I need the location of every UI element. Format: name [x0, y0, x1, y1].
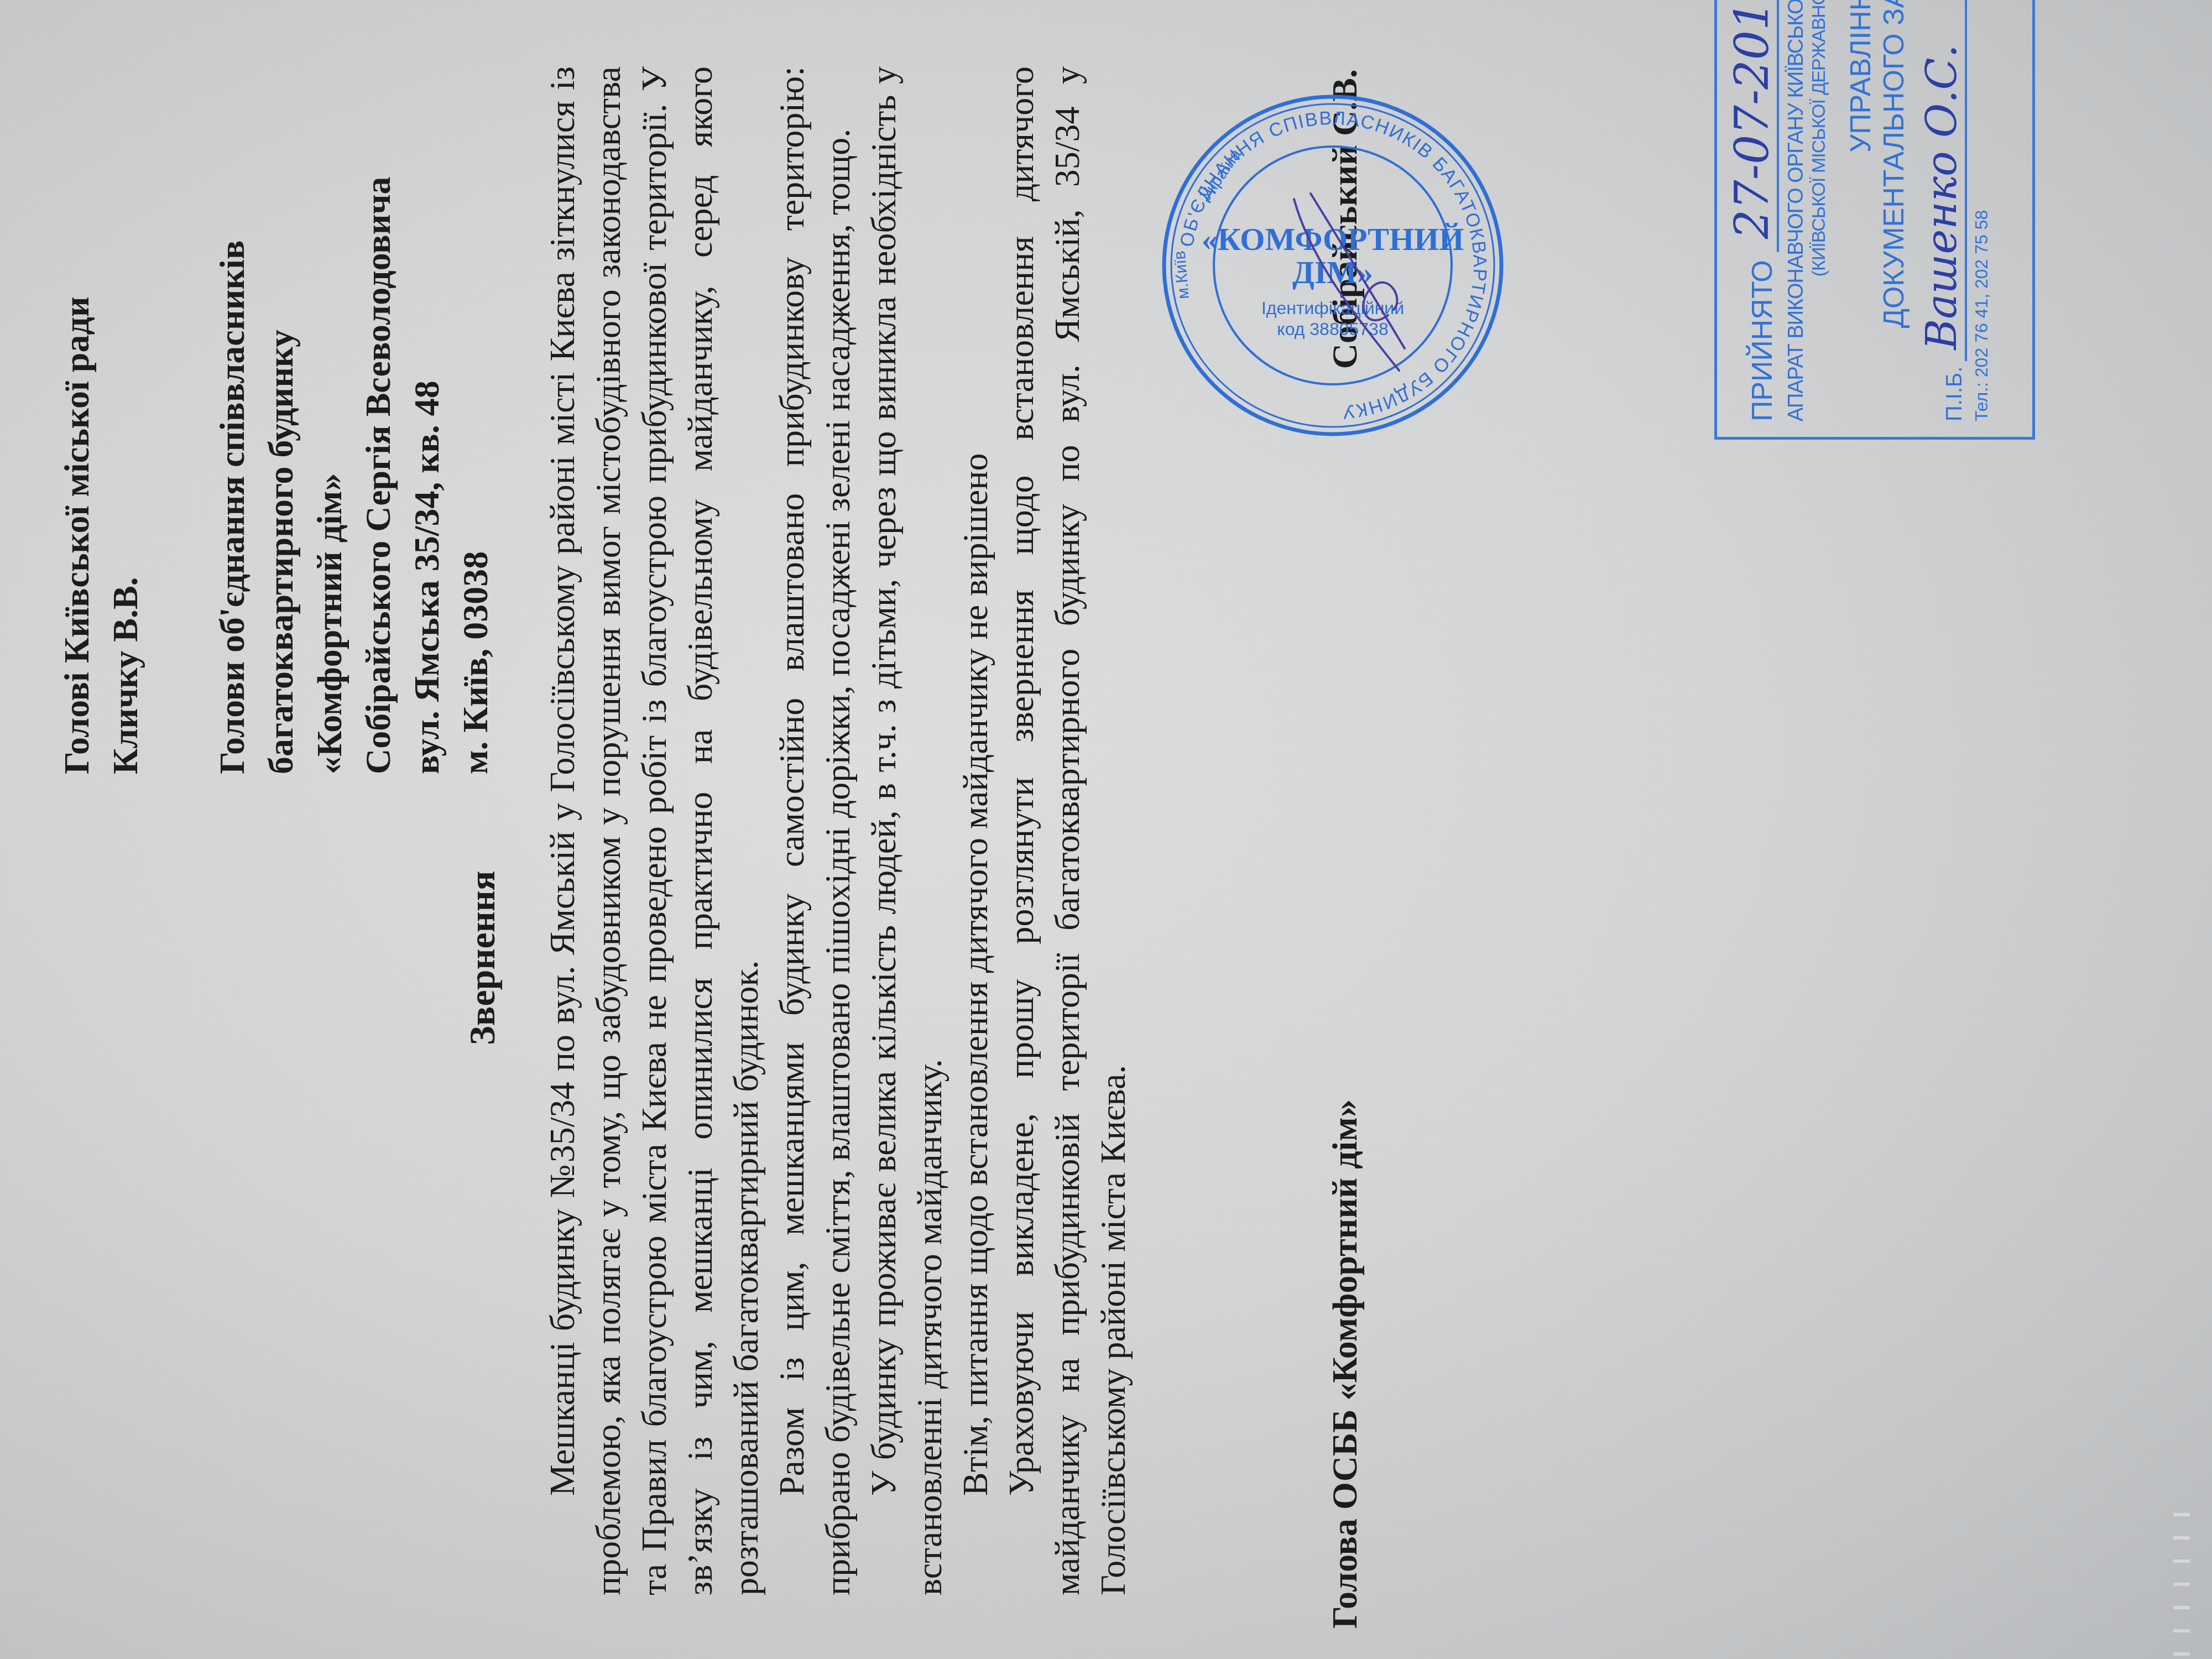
seal-city: м.Київ — [1170, 250, 1192, 300]
handwritten-signature — [1288, 182, 1421, 382]
recipient-name: Кличку В.В. — [101, 28, 150, 774]
paragraph: У будинку проживає велика кількість люде… — [860, 66, 952, 1595]
paragraph: Мешканці будинку №35/34 по вул. Ямській … — [539, 66, 769, 1595]
addressee-block: Голові Київської міської ради Кличку В.В… — [53, 28, 500, 774]
sender-line-2: багатоквартирного будинку — [257, 28, 305, 774]
stamp-org-line-1: АПАРАТ ВИКОНАВЧОГО ОРГАНУ КИЇВСЬКОЇ МІСЬ… — [1785, 0, 1808, 421]
paragraph: Ураховуючи викладене, прошу розглянути з… — [998, 66, 1136, 1595]
document-body: Мешканці будинку №35/34 по вул. Ямській … — [539, 66, 1136, 1595]
received-stamp: ПРИЙНЯТО 27-07-2015 АПАРАТ ВИКОНАВЧОГО О… — [1714, 0, 2035, 440]
stamp-dept-line-2: ДОКУМЕНТАЛЬНОГО ЗАБЕЗПЕЧЕННЯ — [1877, 0, 1911, 421]
stamp-phone: Тел.: 202 76 41, 202 75 58 — [1971, 0, 1992, 421]
document-heading: Звернення — [462, 870, 504, 1045]
sender-line-3: «Комфортний дім» — [305, 28, 354, 774]
stamp-org-line-2: (КИЇВСЬКОЇ МІСЬКОЇ ДЕРЖАВНОЇ АДМІНІСТРАЦ… — [1808, 0, 1830, 421]
sender-address: вул. Ямська 35/34, кв. 48 — [403, 28, 451, 774]
document-page: Голові Київської міської ради Кличку В.В… — [0, 0, 2212, 1659]
paragraph: Разом із цим, мешканцями будинку самості… — [769, 66, 860, 1595]
sender-city: м. Київ, 03038 — [451, 28, 500, 774]
stamp-date: 27-07-2015 — [1727, 0, 1779, 252]
paragraph: Втім, питання щодо встановлення дитячого… — [952, 66, 998, 1595]
stamp-accepted-label: ПРИЙНЯТО — [1746, 260, 1779, 421]
stamp-pib-label: П.І.Б. — [1942, 367, 1967, 421]
signatory-title: Голова ОСББ «Комфортний дім» — [1324, 1099, 1365, 1629]
sender-line-1: Голови об'єднання співвласників — [208, 28, 257, 774]
stamp-dept-line-1: УПРАВЛІННЯ — [1844, 0, 1877, 421]
sender-name: Собірайського Сергія Всеволодовича — [354, 28, 403, 774]
stamp-pib-name: Вашенко О.С. — [1918, 0, 1967, 361]
recipient-title: Голові Київської міської ради — [53, 28, 101, 774]
